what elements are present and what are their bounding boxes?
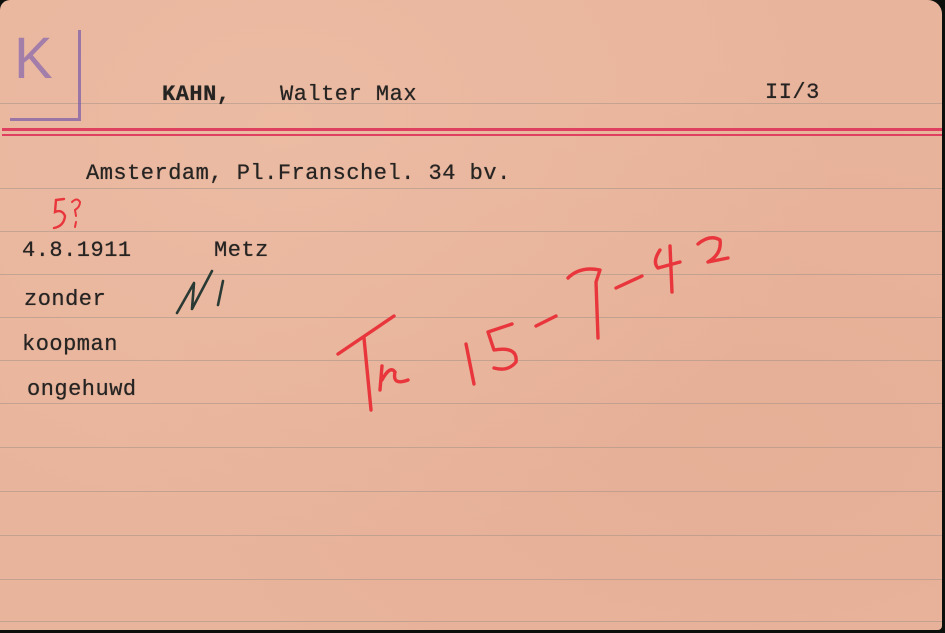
- index-card: K KAHN, Walter Max II/3 Amsterdam, Pl.Fr…: [0, 0, 942, 630]
- marital-status: ongehuwd: [27, 377, 137, 402]
- occupation: koopman: [22, 332, 118, 357]
- religion: zonder: [24, 287, 106, 312]
- given-names: Walter Max: [280, 82, 417, 107]
- birth-place: Metz: [214, 238, 269, 263]
- ruled-line: [0, 621, 942, 622]
- k-stamp-letter: K: [14, 30, 53, 88]
- red-transport-note: [330, 220, 740, 420]
- ruled-line: [0, 188, 942, 189]
- header-red-rule-thin: [2, 134, 942, 136]
- pencil-mark: [172, 265, 232, 320]
- red-annotation-5-question: [50, 196, 90, 236]
- address: Amsterdam, Pl.Franschel. 34 bv.: [86, 161, 511, 186]
- ruled-line: [0, 535, 942, 536]
- surname: KAHN,: [162, 82, 231, 107]
- birth-date: 4.8.1911: [22, 238, 132, 263]
- ruled-line: [0, 579, 942, 580]
- ruled-line: [0, 491, 942, 492]
- reference-code: II/3: [765, 80, 820, 105]
- header-red-rule: [2, 128, 942, 131]
- ruled-line: [0, 447, 942, 448]
